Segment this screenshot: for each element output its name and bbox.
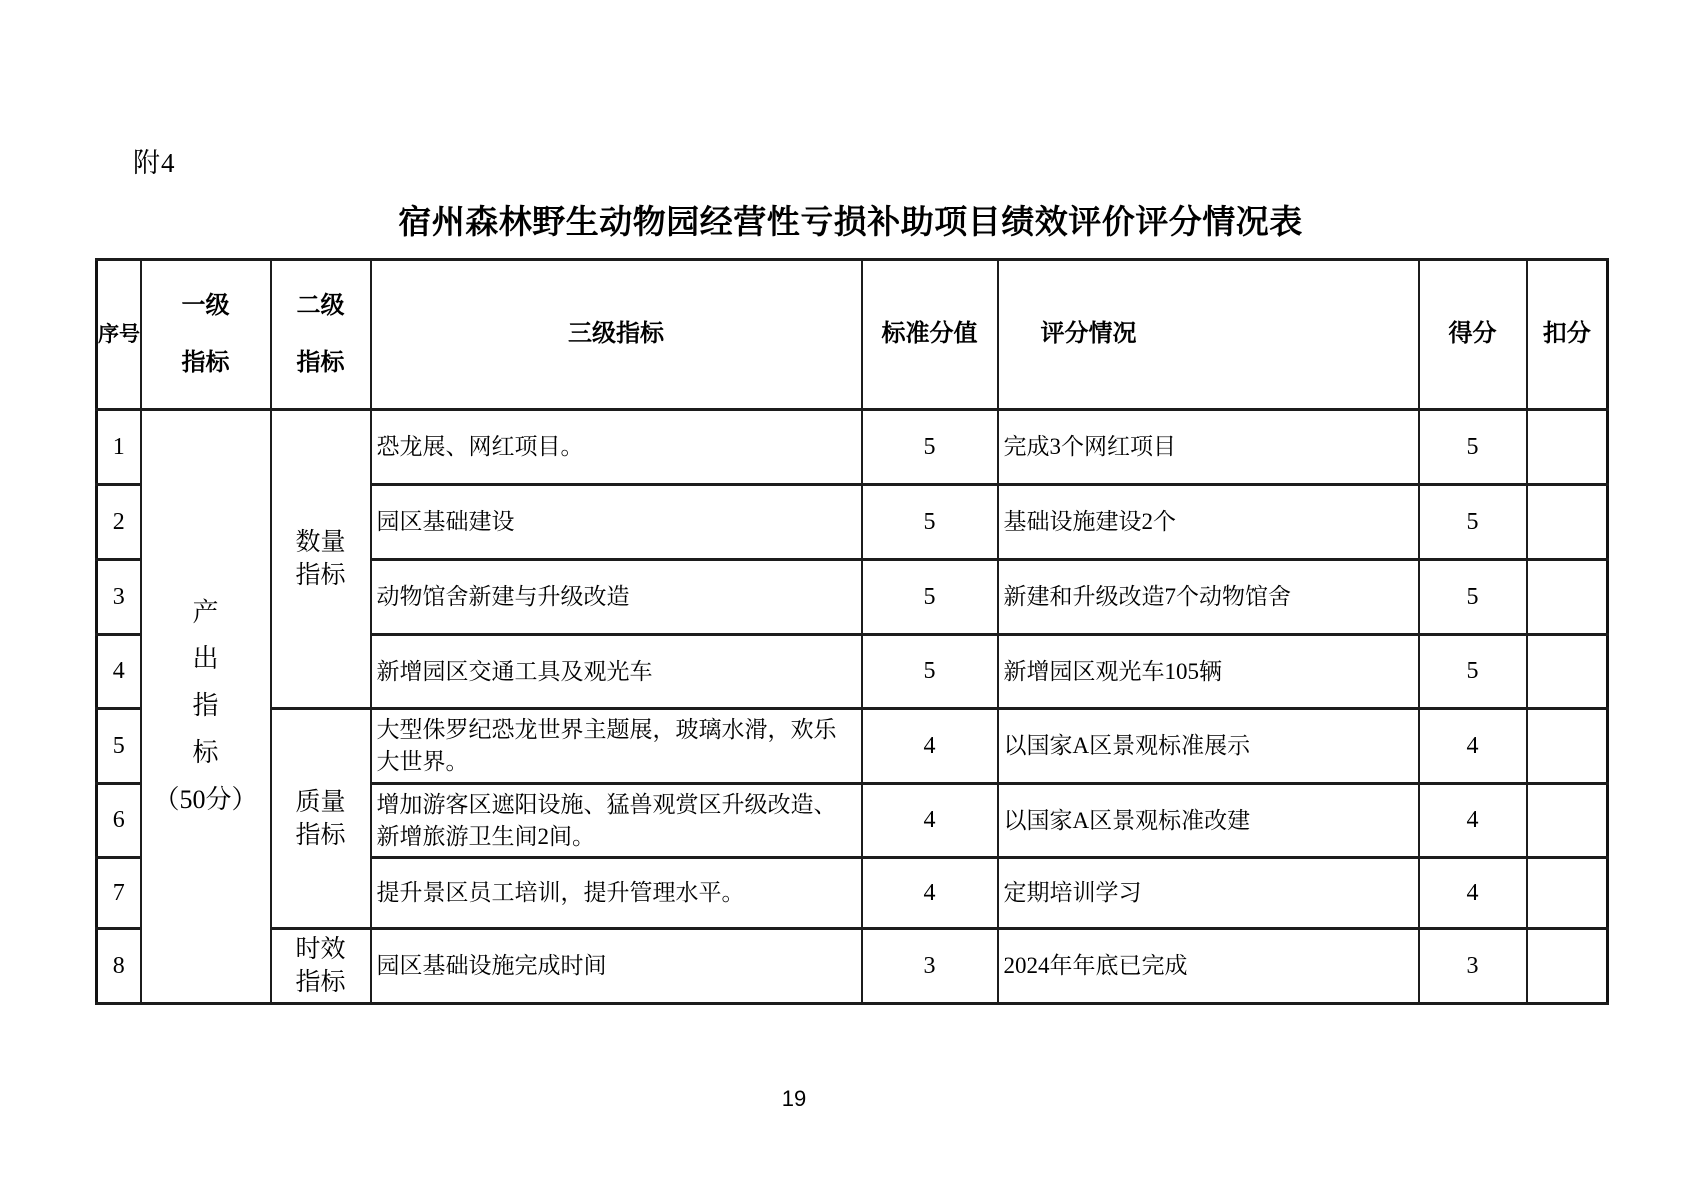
level3-cell: 恐龙展、网红项目。	[371, 410, 862, 485]
seq-cell: 5	[97, 709, 141, 784]
seq-cell: 3	[97, 560, 141, 635]
seq-cell: 2	[97, 485, 141, 560]
level2-timeliness-indicator-cell: 时效 指标	[271, 929, 371, 1004]
score-cell: 4	[1419, 858, 1527, 929]
seq-cell: 8	[97, 929, 141, 1004]
header-row: 序号 一级 指标 二级 指标 三级指标 标准分值 评分情况 得分 扣分	[97, 260, 1608, 410]
standard-score-cell: 4	[862, 709, 998, 784]
deduction-cell	[1527, 635, 1608, 709]
standard-score-cell: 4	[862, 858, 998, 929]
document-title: 宿州森林野生动物园经营性亏损补助项目绩效评价评分情况表	[95, 196, 1606, 243]
score-cell: 5	[1419, 635, 1527, 709]
document-page: 附4 宿州森林野生动物园经营性亏损补助项目绩效评价评分情况表 序号 一级 指标 …	[0, 0, 1683, 1190]
score-cell: 5	[1419, 410, 1527, 485]
level3-cell: 动物馆舍新建与升级改造	[371, 560, 862, 635]
level2-quantity-indicator-cell: 数量 指标	[271, 410, 371, 709]
header-scoring-situation: 评分情况	[998, 260, 1419, 410]
situation-cell: 以国家A区景观标准改建	[998, 784, 1419, 858]
header-seq: 序号	[97, 260, 141, 410]
evaluation-table: 序号 一级 指标 二级 指标 三级指标 标准分值 评分情况 得分 扣分 1 产 …	[95, 258, 1609, 1005]
header-level3-indicator: 三级指标	[371, 260, 862, 410]
situation-cell: 以国家A区景观标准展示	[998, 709, 1419, 784]
seq-cell: 6	[97, 784, 141, 858]
level3-cell: 提升景区员工培训，提升管理水平。	[371, 858, 862, 929]
attachment-label: 附4	[133, 141, 176, 180]
standard-score-cell: 4	[862, 784, 998, 858]
seq-cell: 1	[97, 410, 141, 485]
score-cell: 5	[1419, 560, 1527, 635]
deduction-cell	[1527, 560, 1608, 635]
header-score: 得分	[1419, 260, 1527, 410]
table-row: 1 产 出 指 标 （50分） 数量 指标 恐龙展、网红项目。 5 完成3个网红…	[97, 410, 1608, 485]
seq-cell: 4	[97, 635, 141, 709]
standard-score-cell: 5	[862, 410, 998, 485]
situation-cell: 定期培训学习	[998, 858, 1419, 929]
level3-cell: 新增园区交通工具及观光车	[371, 635, 862, 709]
standard-score-cell: 5	[862, 560, 998, 635]
situation-cell: 新增园区观光车105辆	[998, 635, 1419, 709]
header-deduction: 扣分	[1527, 260, 1608, 410]
standard-score-cell: 5	[862, 485, 998, 560]
deduction-cell	[1527, 929, 1608, 1004]
deduction-cell	[1527, 485, 1608, 560]
level1-output-indicator-cell: 产 出 指 标 （50分）	[141, 410, 271, 1004]
situation-cell: 2024年年底已完成	[998, 929, 1419, 1004]
situation-cell: 新建和升级改造7个动物馆舍	[998, 560, 1419, 635]
table-row: 8 时效 指标 园区基础设施完成时间 3 2024年年底已完成 3	[97, 929, 1608, 1004]
score-cell: 3	[1419, 929, 1527, 1004]
level2-quality-indicator-cell: 质量 指标	[271, 709, 371, 929]
situation-cell: 基础设施建设2个	[998, 485, 1419, 560]
deduction-cell	[1527, 410, 1608, 485]
level3-cell: 园区基础建设	[371, 485, 862, 560]
page-number: 19	[770, 1086, 818, 1112]
deduction-cell	[1527, 709, 1608, 784]
level3-cell: 增加游客区遮阳设施、猛兽观赏区升级改造、新增旅游卫生间2间。	[371, 784, 862, 858]
score-cell: 4	[1419, 784, 1527, 858]
deduction-cell	[1527, 784, 1608, 858]
standard-score-cell: 5	[862, 635, 998, 709]
deduction-cell	[1527, 858, 1608, 929]
header-level2-indicator: 二级 指标	[271, 260, 371, 410]
table-row: 5 质量 指标 大型侏罗纪恐龙世界主题展，玻璃水滑，欢乐大世界。 4 以国家A区…	[97, 709, 1608, 784]
level3-cell: 园区基础设施完成时间	[371, 929, 862, 1004]
score-cell: 5	[1419, 485, 1527, 560]
header-level1-indicator: 一级 指标	[141, 260, 271, 410]
level3-cell: 大型侏罗纪恐龙世界主题展，玻璃水滑，欢乐大世界。	[371, 709, 862, 784]
header-standard-score: 标准分值	[862, 260, 998, 410]
situation-cell: 完成3个网红项目	[998, 410, 1419, 485]
seq-cell: 7	[97, 858, 141, 929]
standard-score-cell: 3	[862, 929, 998, 1004]
score-cell: 4	[1419, 709, 1527, 784]
